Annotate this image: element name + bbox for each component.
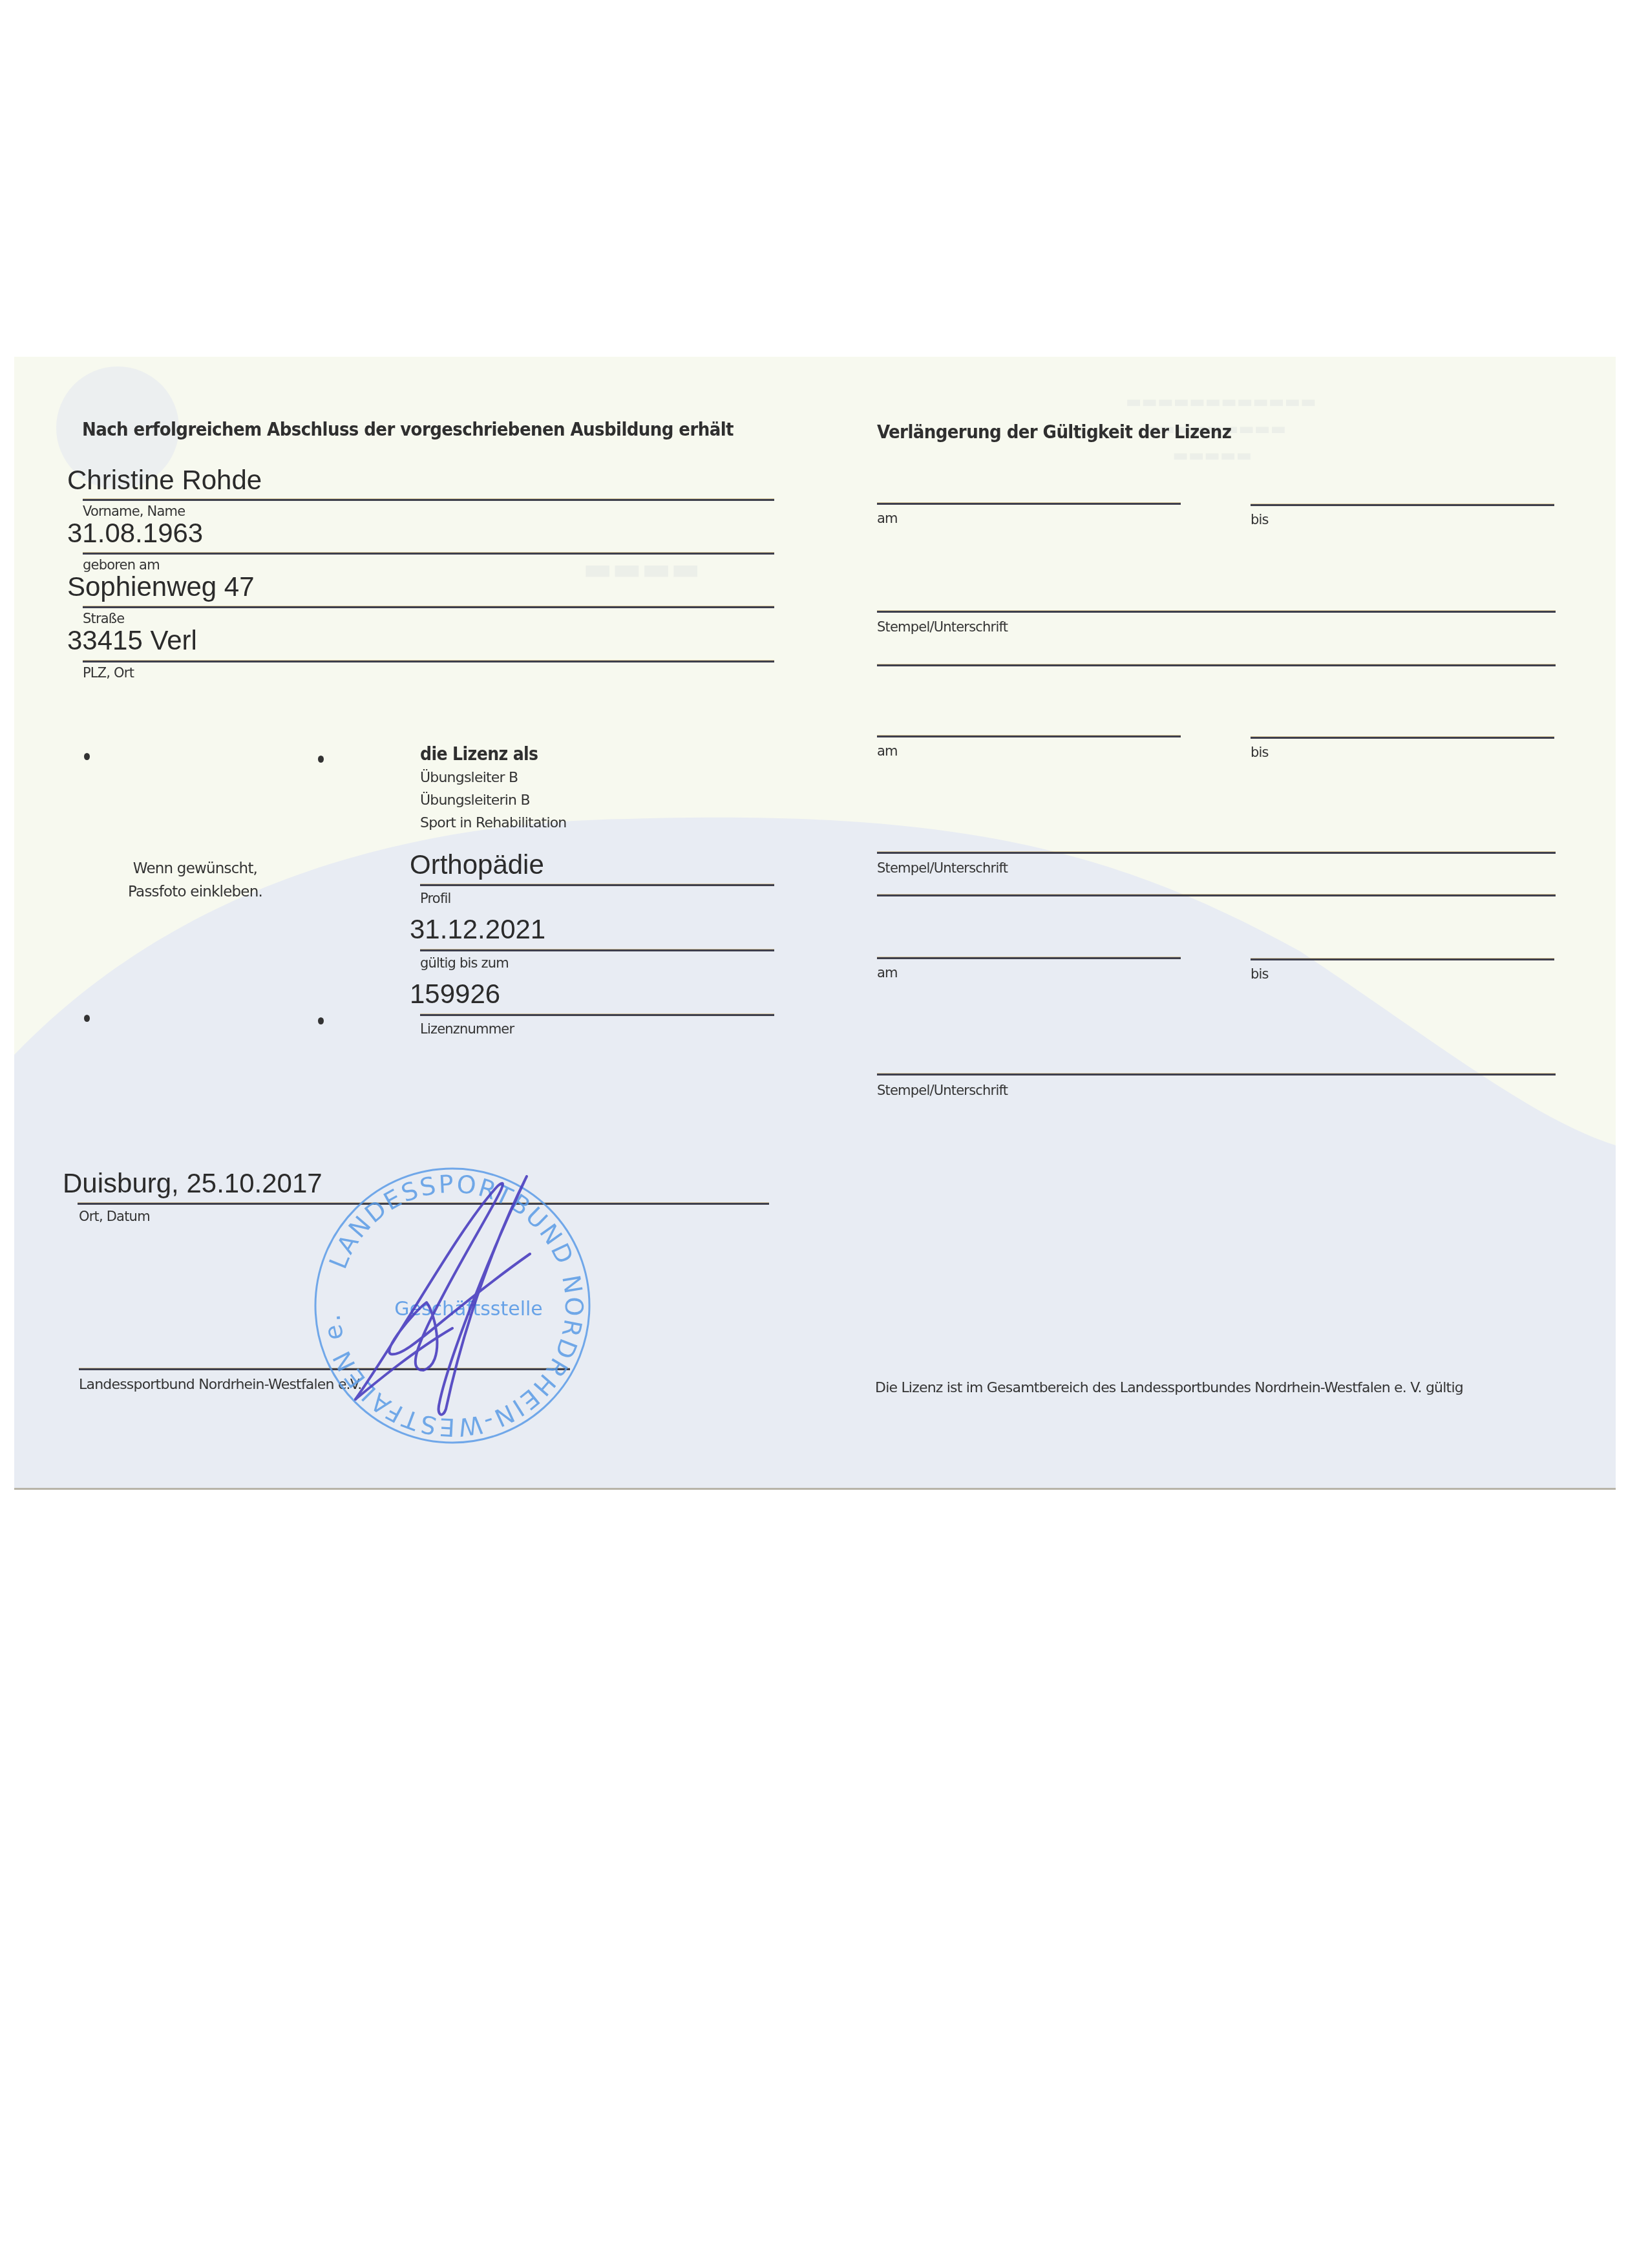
issuer-label: Landessportbund Nordrhein-Westfalen e.V. [79,1378,361,1392]
license-heading: die Lizenz als [420,743,538,765]
photo-hint-line: Passfoto einkleben. [111,881,279,904]
license-type: Übungsleiter B [420,767,567,789]
renewal-to-line [1251,959,1554,960]
issuer-signature-line [79,1368,570,1370]
license-types: Übungsleiter B Übungsleiterin B Sport in… [420,767,567,835]
license-document: ▬▬▬▬▬▬▬▬▬▬▬▬ ▬▬▬▬▬▬▬▬▬ ▬▬▬▬▬ ▬▬▬▬ Nach e… [14,357,1616,1488]
renewal-from-label: am [877,966,898,980]
profile-line [420,884,774,886]
background-wave [14,357,1616,1488]
renewal-divider [877,895,1556,896]
renewal-to-line [1251,737,1554,739]
renewal-from-label: am [877,745,898,758]
ghost-text: ▬▬▬▬ [583,551,700,587]
birthdate-line [83,553,774,555]
renewal-stamp-label: Stempel/Unterschrift [877,1084,1008,1097]
photo-hint: Wenn gewünscht, Passfoto einkleben. [111,858,279,904]
license-type: Übungsleiterin B [420,789,567,812]
renewal-from-line [877,957,1181,959]
name-label: Vorname, Name [83,505,185,518]
renewal-from-line [877,736,1181,737]
renewal-stamp-label: Stempel/Unterschrift [877,620,1008,634]
name-value: Christine Rohde [67,467,262,494]
city-line [83,661,774,662]
photo-hint-line: Wenn gewünscht, [111,858,279,881]
photo-corner-marker [84,1015,90,1022]
street-value: Sophienweg 47 [67,573,255,600]
place-date-value: Duisburg, 25.10.2017 [63,1170,322,1197]
renewal-heading: Verlängerung der Gültigkeit der Lizenz [877,421,1231,443]
renewal-to-label: bis [1251,513,1269,527]
photo-corner-marker [318,756,324,763]
license-number-value: 159926 [410,980,500,1008]
street-label: Straße [83,612,124,626]
valid-until-value: 31.12.2021 [410,916,545,943]
birthdate-value: 31.08.1963 [67,520,203,547]
place-date-line [78,1203,769,1205]
renewal-to-label: bis [1251,746,1269,759]
renewal-divider [877,664,1556,666]
intro-heading: Nach erfolgreichem Abschluss der vorgesc… [82,418,734,440]
renewal-from-label: am [877,512,898,525]
profile-value: Orthopädie [410,851,544,878]
profile-label: Profil [420,892,451,906]
street-line [83,606,774,608]
photo-corner-marker [84,753,90,760]
renewal-to-label: bis [1251,968,1269,981]
renewal-from-line [877,503,1181,505]
license-number-label: Lizenznummer [420,1023,514,1036]
license-type: Sport in Rehabilitation [420,812,567,834]
valid-until-line [420,949,774,951]
validity-note: Die Lizenz ist im Gesamtbereich des Land… [875,1381,1463,1395]
valid-until-label: gültig bis zum [420,957,509,970]
city-label: PLZ, Ort [83,666,134,680]
renewal-stamp-label: Stempel/Unterschrift [877,862,1008,875]
license-number-line [420,1014,774,1016]
photo-corner-marker [318,1017,324,1024]
renewal-stamp-line [877,1074,1556,1076]
renewal-stamp-line [877,611,1556,613]
birthdate-label: geboren am [83,558,160,572]
name-line [83,499,774,501]
city-value: 33415 Verl [67,627,197,654]
renewal-to-line [1251,504,1554,506]
renewal-stamp-line [877,852,1556,854]
place-date-label: Ort, Datum [79,1210,150,1224]
